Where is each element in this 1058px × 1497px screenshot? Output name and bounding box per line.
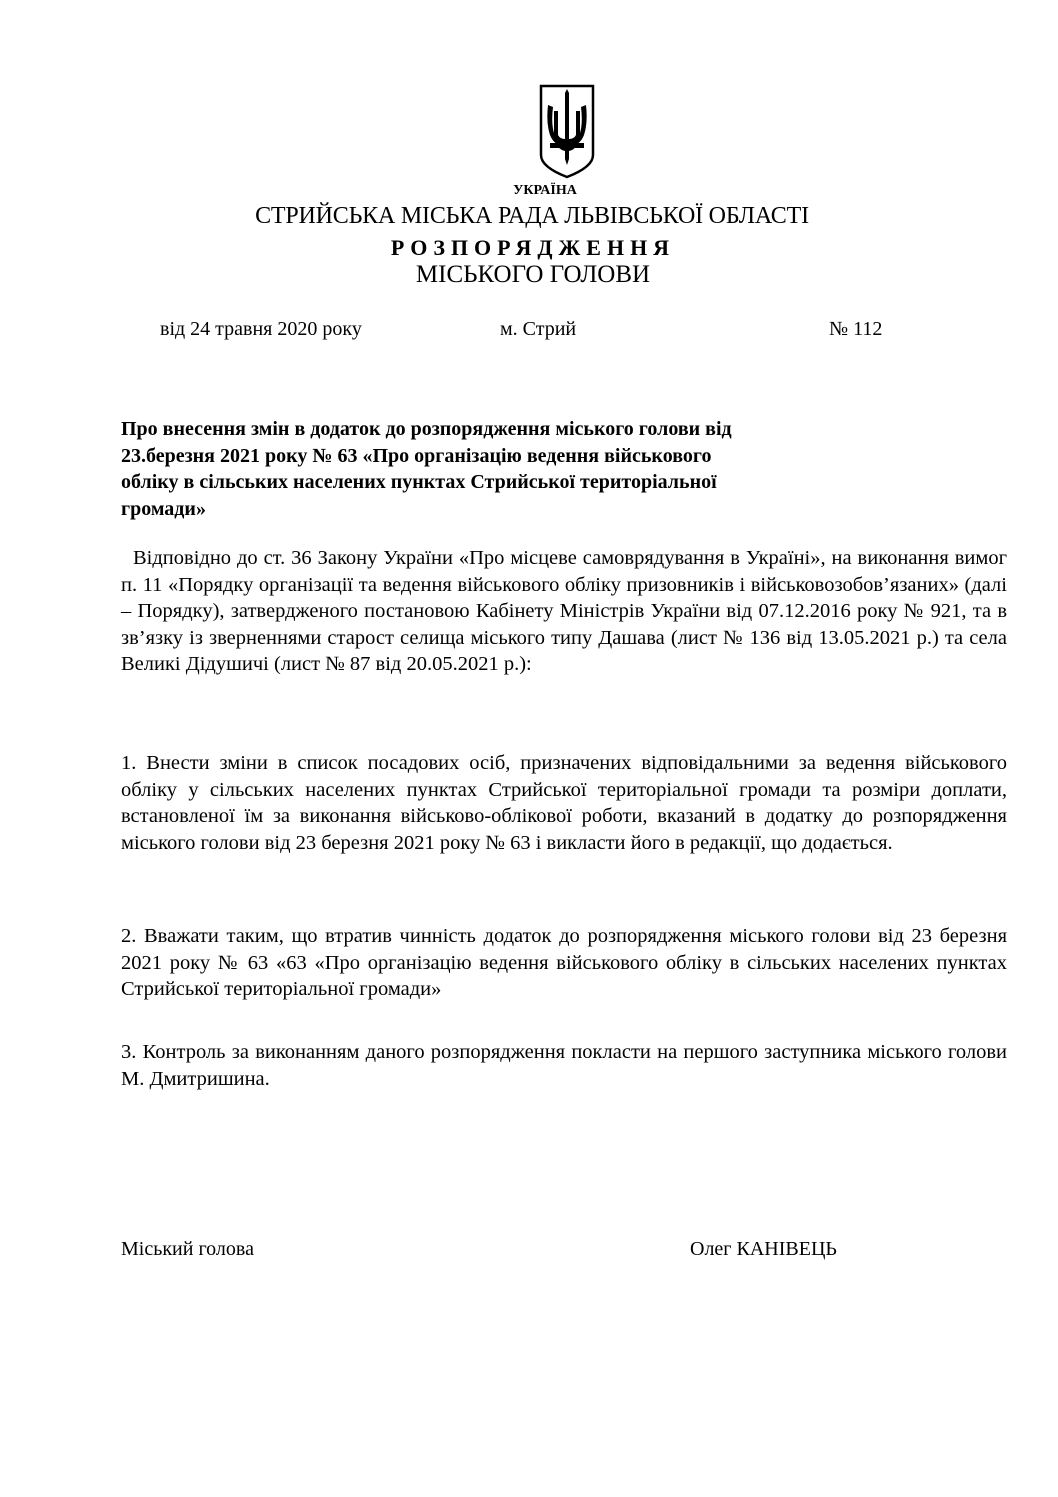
preamble-text: Відповідно до ст. 36 Закону України «Про… bbox=[121, 545, 1007, 678]
issuing-office: МІСЬКОГО ГОЛОВИ bbox=[4, 261, 1058, 289]
clause-2: 2. Вважати таким, що втратив чинність до… bbox=[121, 923, 1007, 1003]
clause-1: 1. Внести зміни в список посадових осіб,… bbox=[121, 750, 1007, 856]
clause-text: 3. Контроль за виконанням даного розпоря… bbox=[121, 1039, 1007, 1092]
signatory-title: Міський голова bbox=[121, 1238, 254, 1261]
clause-text: 2. Вважати таким, що втратив чинність до… bbox=[121, 923, 1007, 1003]
preamble-paragraph: Відповідно до ст. 36 Закону України «Про… bbox=[121, 545, 1007, 678]
signatory-name: Олег КАНІВЕЦЬ bbox=[690, 1238, 837, 1261]
document-type: РОЗПОРЯДЖЕННЯ bbox=[4, 235, 1058, 261]
document-date: від 24 травня 2020 року bbox=[160, 318, 362, 341]
document-subject: Про внесення змін в додаток до розпорядж… bbox=[121, 416, 771, 522]
clause-text: 1. Внести зміни в список посадових осіб,… bbox=[121, 750, 1007, 856]
council-name: СТРИЙСЬКА МІСЬКА РАДА ЛЬВІВСЬКОЇ ОБЛАСТІ bbox=[3, 203, 1058, 230]
clause-3: 3. Контроль за виконанням даного розпоря… bbox=[121, 1039, 1007, 1092]
document-city: м. Стрий bbox=[500, 318, 576, 341]
country-name: УКРАЇНА bbox=[16, 183, 1058, 199]
document-number: № 112 bbox=[829, 318, 882, 341]
trident-coat-of-arms-icon bbox=[538, 83, 596, 179]
